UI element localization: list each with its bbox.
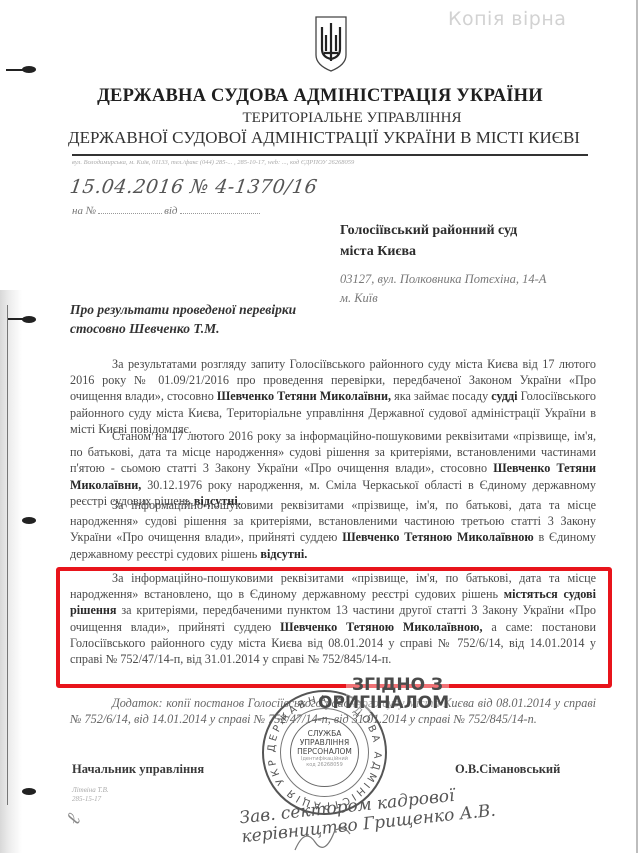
from-label: від (164, 205, 177, 217)
recipient-block: Голосіївський районний суд міста Києва (340, 220, 517, 262)
stamp-line-1: ЗГІДНО З (352, 675, 443, 695)
executor-info: Літвіна Т.В. 285-15-17 (72, 786, 109, 804)
letter-subject: Про результати проведеної перевірки стос… (70, 300, 296, 338)
recipient-town: м. Київ (340, 289, 546, 308)
signer-title: Начальник управління (72, 762, 204, 777)
stamp-line-2: ОРИГІНАЛОМ (318, 694, 449, 712)
person-name: Шевченко Тетяни Миколаївни, (217, 389, 391, 403)
letterhead-address: вул. Володимирська, м. Київ, 01133, тел.… (72, 159, 588, 166)
seal-text: УПРАВЛІННЯ (291, 738, 358, 747)
letterhead-subtitle-2: ДЕРЖАВНОЇ СУДОВОЇ АДМІНІСТРАЦІЇ УКРАЇНИ … (4, 128, 640, 148)
recipient-name: Голосіївський районний суд (340, 220, 517, 241)
person-name: Шевченко Тетяною Миколаївною (342, 530, 533, 544)
letterhead-subtitle: ТЕРИТОРІАЛЬНЕ УПРАВЛІННЯ (32, 110, 640, 127)
recipient-street: 03127, вул. Полковника Потєхіна, 14-А (340, 270, 546, 289)
paragraph-finding-2: За інформаційно-пошуковими реквізитами «… (70, 497, 596, 562)
result: відсутні. (260, 547, 307, 561)
from-blank (180, 213, 260, 214)
seal-text: ПЕРСОНАЛОМ (291, 747, 358, 756)
seal-center: СЛУЖБА УПРАВЛІННЯ ПЕРСОНАЛОМ Ідентифікац… (290, 718, 359, 787)
punch-hole-mark-tail (8, 318, 24, 320)
outgoing-date-number: 15.04.2016 № 4-1370/16 (68, 176, 318, 198)
executor-name: Літвіна Т.В. (72, 786, 109, 795)
letterhead-title: ДЕРЖАВНА СУДОВА АДМІНІСТРАЦІЯ УКРАЇНИ (0, 86, 640, 107)
punch-hole-mark (22, 788, 36, 795)
copy-certified-stamp: Копія вірна (448, 8, 566, 30)
recipient-city: міста Києва (340, 241, 517, 262)
seal-text: СЛУЖБА (291, 729, 358, 738)
punch-hole-mark (22, 316, 36, 323)
subject-line-1: Про результати проведеної перевірки (70, 300, 296, 319)
signer-name: О.В.Сімановський (455, 762, 560, 777)
seal-id-code: код 26268059 (291, 762, 358, 768)
text: яка займає посаду (391, 389, 491, 403)
punch-hole-mark (22, 517, 36, 524)
paragraph-request: За результатами розгляду запиту Голосіїв… (70, 356, 596, 437)
initials-scribble: ℓ (62, 810, 86, 829)
position: судді (491, 389, 517, 403)
letterhead-rule (72, 154, 588, 156)
on-number-blank (98, 213, 162, 214)
executor-phone: 285-15-17 (72, 795, 109, 804)
agreed-with-original-stamp: ЗГІДНО З ОРИГІНАЛОМ (346, 676, 449, 712)
signature-scribble (290, 822, 360, 852)
punch-hole-mark-tail (6, 69, 24, 71)
trident-emblem-icon (314, 15, 348, 73)
recipient-address: 03127, вул. Полковника Потєхіна, 14-А м.… (340, 270, 546, 308)
scan-line-left (7, 305, 8, 805)
punch-hole-mark (22, 66, 36, 73)
reference-line: на №від (72, 205, 262, 217)
scan-shadow-left (0, 290, 22, 853)
red-highlight-box (56, 567, 612, 688)
subject-line-2: стосовно Шевченко Т.М. (70, 319, 296, 338)
on-number-label: на № (72, 205, 96, 217)
